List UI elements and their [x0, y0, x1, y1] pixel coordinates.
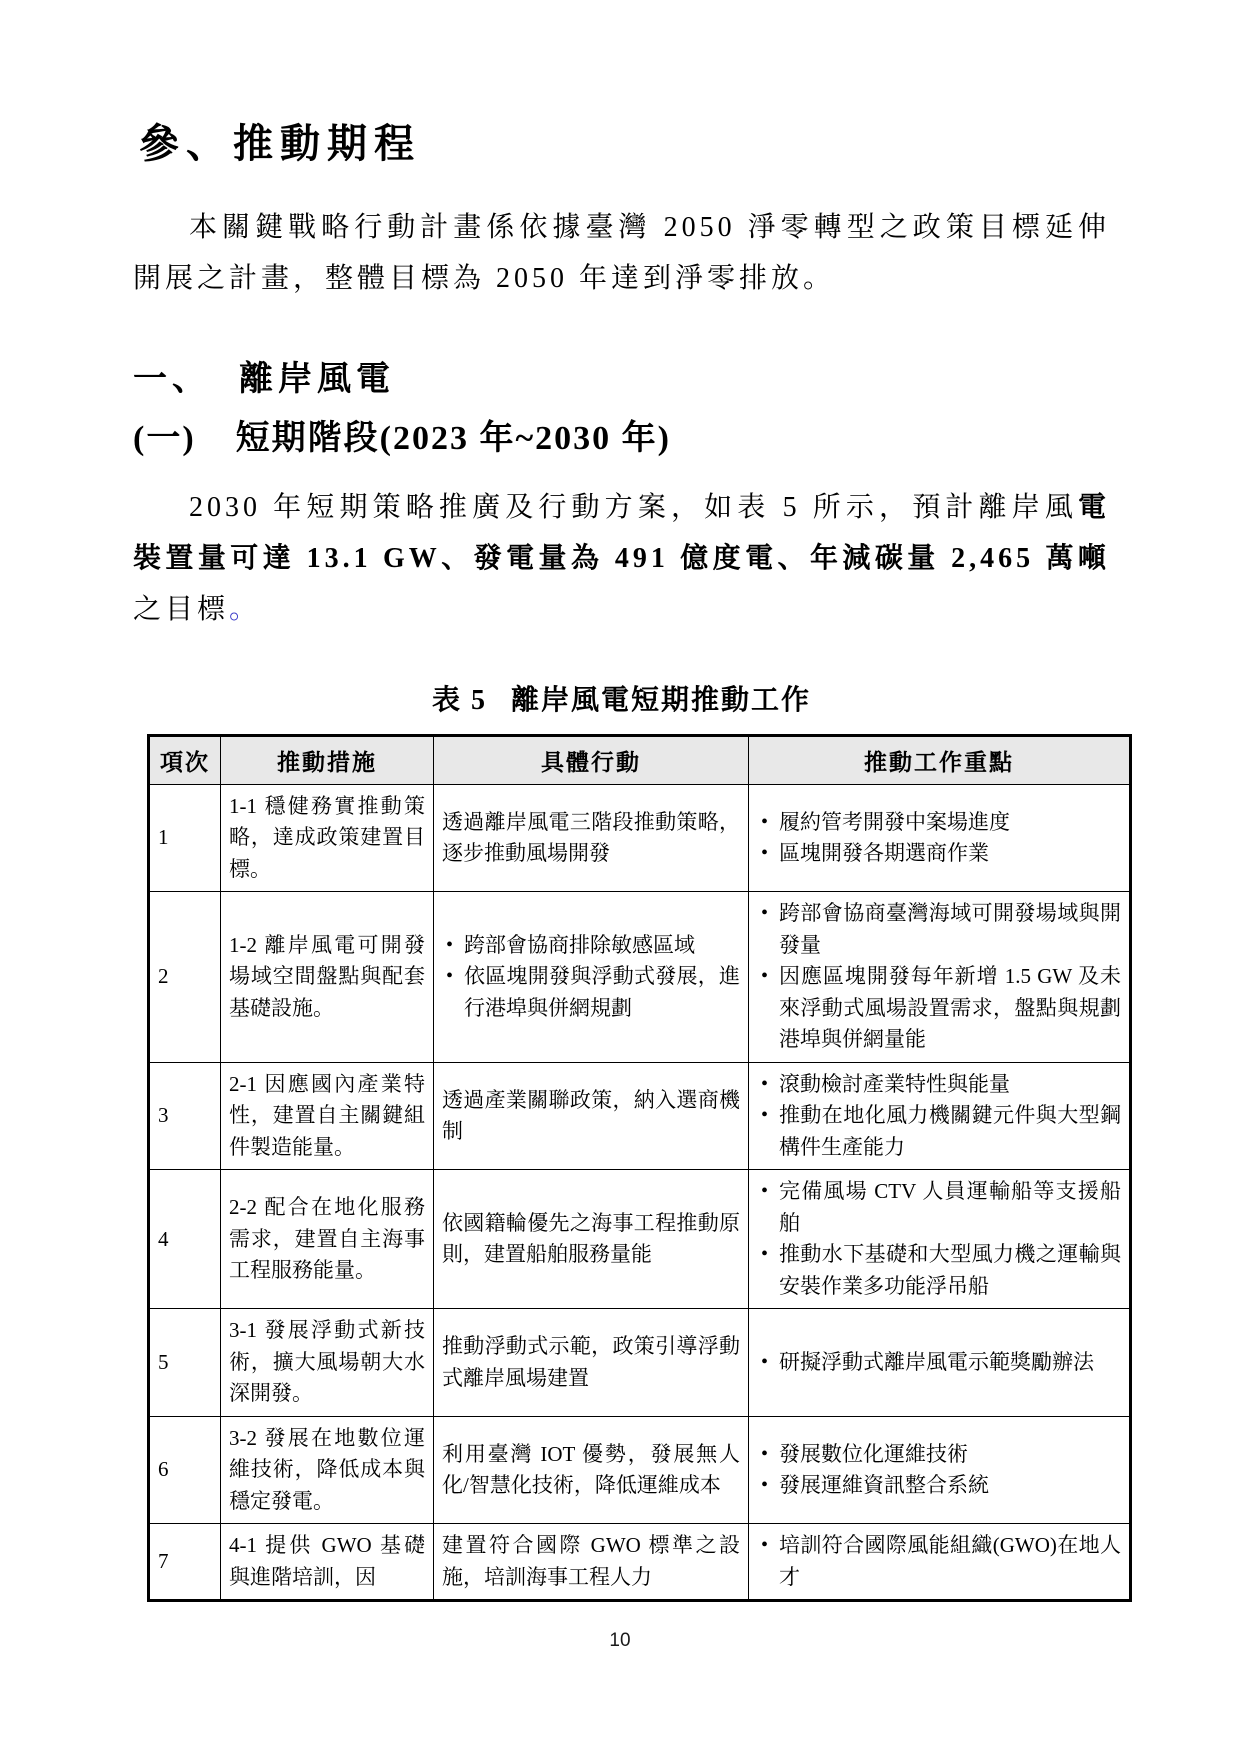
action-item: 建置符合國際 GWO 標準之設施，培訓海事工程人力: [442, 1530, 740, 1593]
action-cell: 依國籍輪優先之海事工程推動原則，建置船舶服務量能: [434, 1170, 749, 1309]
action-item: 透過離岸風電三階段推動策略，逐步推動風場開發: [442, 807, 740, 870]
table-row: 4 2-2 配合在地化服務需求，建置自主海事工程服務能量。 依國籍輪優先之海事工…: [149, 1170, 1131, 1309]
measure-cell: 4-1 提供 GWO 基礎與進階培訓，因: [221, 1524, 434, 1601]
header-item-no: 項次: [149, 735, 221, 784]
row-index-cell: 1: [149, 784, 221, 892]
points-cell: 發展數位化運維技術 發展運維資訊整合系統: [749, 1416, 1131, 1524]
points-cell: 跨部會協商臺灣海域可開發場域與開發量 因應區塊開發每年新增 1.5 GW 及未來…: [749, 892, 1131, 1063]
document-page: 參、推動期程 本關鍵戰略行動計畫係依據臺灣 2050 淨零轉型之政策目標延伸開展…: [0, 0, 1240, 1753]
subsection-title: 短期階段(2023 年~2030 年): [236, 420, 671, 457]
action-cell: 透過離岸風電三階段推動策略，逐步推動風場開發: [434, 784, 749, 892]
action-item: 利用臺灣 IOT 優勢，發展無人化/智慧化技術，降低運維成本: [442, 1439, 740, 1502]
subsection-heading: (一)短期階段(2023 年~2030 年): [133, 410, 1110, 459]
section-title: 離岸風電: [239, 361, 395, 398]
row-index-cell: 6: [149, 1416, 221, 1524]
point-item: 研擬浮動式離岸風電示範獎勵辦法: [757, 1347, 1121, 1379]
point-item: 區塊開發各期選商作業: [757, 838, 1121, 870]
measure-cell: 1-2 離岸風電可開發場域空間盤點與配套基礎設施。: [221, 892, 434, 1063]
table-caption-title: 離岸風電短期推動工作: [511, 685, 811, 716]
action-item: 依國籍輪優先之海事工程推動原則，建置船舶服務量能: [442, 1208, 740, 1271]
point-item: 培訓符合國際風能組織(GWO)在地人才: [757, 1530, 1121, 1593]
point-item: 發展數位化運維技術: [757, 1439, 1121, 1471]
point-item: 發展運維資訊整合系統: [757, 1470, 1121, 1502]
summary-text-tail: 之目標: [133, 594, 229, 625]
table-caption-label: 表 5: [432, 685, 487, 716]
table-caption: 表 5離岸風電短期推動工作: [133, 678, 1110, 718]
summary-paragraph: 2030 年短期策略推廣及行動方案，如表 5 所示，預計離岸風電裝置量可達 13…: [133, 483, 1110, 636]
point-item: 因應區塊開發每年新增 1.5 GW 及未來浮動式風場設置需求，盤點與規劃港埠與併…: [757, 961, 1121, 1056]
table-row: 5 3-1 發展浮動式新技術，擴大風場朝大水深開發。 推動浮動式示範，政策引導浮…: [149, 1309, 1131, 1417]
row-index-cell: 7: [149, 1524, 221, 1601]
point-item: 推動水下基礎和大型風力機之運輸與安裝作業多功能浮吊船: [757, 1239, 1121, 1302]
table-row: 3 2-1 因應國內產業特性，建置自主關鍵組件製造能量。 透過產業關聯政策，納入…: [149, 1062, 1131, 1170]
points-cell: 研擬浮動式離岸風電示範獎勵辦法: [749, 1309, 1131, 1417]
table-row: 6 3-2 發展在地數位運維技術，降低成本與穩定發電。 利用臺灣 IOT 優勢，…: [149, 1416, 1131, 1524]
header-focus: 推動工作重點: [749, 735, 1131, 784]
action-cell: 透過產業關聯政策，納入選商機制: [434, 1062, 749, 1170]
point-item: 完備風場 CTV 人員運輸船等支援船舶: [757, 1176, 1121, 1239]
points-cell: 培訓符合國際風能組織(GWO)在地人才: [749, 1524, 1131, 1601]
action-cell: 建置符合國際 GWO 標準之設施，培訓海事工程人力: [434, 1524, 749, 1601]
action-item: 依區塊開發與浮動式發展，進行港埠與併網規劃: [442, 961, 740, 1024]
table-row: 1 1-1 穩健務實推動策略，達成政策建置目標。 透過離岸風電三階段推動策略，逐…: [149, 784, 1131, 892]
measure-cell: 1-1 穩健務實推動策略，達成政策建置目標。: [221, 784, 434, 892]
point-item: 滾動檢討產業特性與能量: [757, 1069, 1121, 1101]
subsection-number: (一): [133, 420, 196, 457]
section-number: 一、: [133, 361, 211, 398]
measure-cell: 2-1 因應國內產業特性，建置自主關鍵組件製造能量。: [221, 1062, 434, 1170]
points-cell: 履約管考開發中案場進度 區塊開發各期選商作業: [749, 784, 1131, 892]
points-cell: 滾動檢討產業特性與能量 推動在地化風力機關鍵元件與大型鋼構件生產能力: [749, 1062, 1131, 1170]
row-index-cell: 4: [149, 1170, 221, 1309]
summary-text: 2030 年短期策略推廣及行動方案，如表 5 所示，預計離岸風: [189, 492, 1078, 523]
measure-cell: 3-1 發展浮動式新技術，擴大風場朝大水深開發。: [221, 1309, 434, 1417]
intro-paragraph: 本關鍵戰略行動計畫係依據臺灣 2050 淨零轉型之政策目標延伸開展之計畫，整體目…: [133, 203, 1110, 305]
section-heading: 一、離岸風電: [133, 351, 1110, 400]
action-item: 透過產業關聯政策，納入選商機制: [442, 1085, 740, 1148]
measure-cell: 2-2 配合在地化服務需求，建置自主海事工程服務能量。: [221, 1170, 434, 1309]
action-cell: 利用臺灣 IOT 優勢，發展無人化/智慧化技術，降低運維成本: [434, 1416, 749, 1524]
row-index-cell: 2: [149, 892, 221, 1063]
table-row: 7 4-1 提供 GWO 基礎與進階培訓，因 建置符合國際 GWO 標準之設施，…: [149, 1524, 1131, 1601]
page-number: 10: [0, 1630, 1240, 1652]
action-cell: 跨部會協商排除敏感區域 依區塊開發與浮動式發展，進行港埠與併網規劃: [434, 892, 749, 1063]
row-index-cell: 5: [149, 1309, 221, 1417]
action-cell: 推動浮動式示範，政策引導浮動式離岸風場建置: [434, 1309, 749, 1417]
summary-period: 。: [229, 594, 261, 625]
point-item: 推動在地化風力機關鍵元件與大型鋼構件生產能力: [757, 1100, 1121, 1163]
page-title: 參、推動期程: [139, 112, 1110, 169]
measure-cell: 3-2 發展在地數位運維技術，降低成本與穩定發電。: [221, 1416, 434, 1524]
row-index-cell: 3: [149, 1062, 221, 1170]
point-item: 履約管考開發中案場進度: [757, 807, 1121, 839]
point-item: 跨部會協商臺灣海域可開發場域與開發量: [757, 898, 1121, 961]
header-measure: 推動措施: [221, 735, 434, 784]
table-row: 2 1-2 離岸風電可開發場域空間盤點與配套基礎設施。 跨部會協商排除敏感區域 …: [149, 892, 1131, 1063]
points-cell: 完備風場 CTV 人員運輸船等支援船舶 推動水下基礎和大型風力機之運輸與安裝作業…: [749, 1170, 1131, 1309]
header-action: 具體行動: [434, 735, 749, 784]
action-item: 跨部會協商排除敏感區域: [442, 930, 740, 962]
promotion-table: 項次 推動措施 具體行動 推動工作重點 1 1-1 穩健務實推動策略，達成政策建…: [147, 734, 1132, 1603]
action-item: 推動浮動式示範，政策引導浮動式離岸風場建置: [442, 1331, 740, 1394]
table-header-row: 項次 推動措施 具體行動 推動工作重點: [149, 735, 1131, 784]
